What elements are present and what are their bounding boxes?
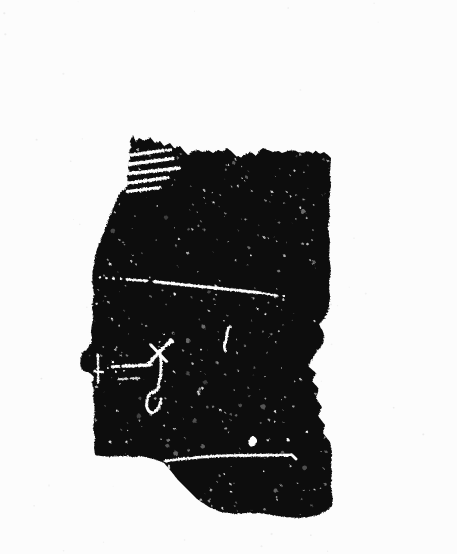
stripe-line: [166, 150, 171, 151]
artifact-image: [0, 0, 457, 554]
scanned-photo: [0, 0, 457, 554]
